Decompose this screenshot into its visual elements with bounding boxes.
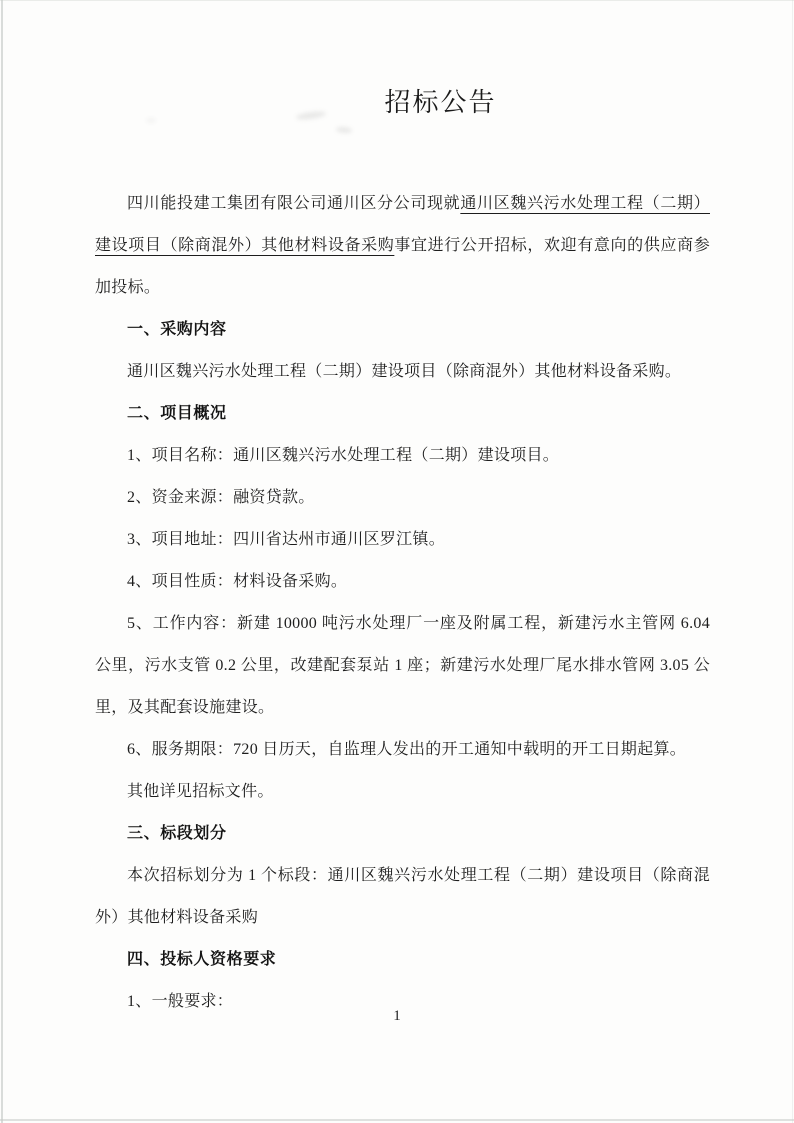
page-title: 招标公告 xyxy=(133,88,748,118)
paragraph: 通川区魏兴污水处理工程（二期）建设项目（除商混外）其他材料设备采购。 xyxy=(95,351,710,393)
document-page: 招标公告 四川能投建工集团有限公司通川区分公司现就通川区魏兴污水处理工程（二期）… xyxy=(0,0,794,1123)
paragraph: 2、资金来源：融资贷款。 xyxy=(95,477,710,519)
paragraph: 5、工作内容：新建 10000 吨污水处理厂一座及附属工程，新建污水主管网 6.… xyxy=(95,603,710,729)
paragraph: 4、项目性质：材料设备采购。 xyxy=(95,561,710,603)
paragraph: 其他详见招标文件。 xyxy=(95,771,710,813)
section-heading-1: 一、采购内容 xyxy=(95,309,710,351)
intro-part1: 四川能投建工集团有限公司通川区分公司现就 xyxy=(127,195,460,212)
section-heading-3: 三、标段划分 xyxy=(95,813,710,855)
page-number: 1 xyxy=(0,1008,794,1025)
paragraph: 6、服务期限：720 日历天，自监理人发出的开工通知中载明的开工日期起算。 xyxy=(95,729,710,771)
scan-edge-left xyxy=(1,0,3,1123)
scan-edge-bottom xyxy=(0,1119,794,1121)
section-heading-2: 二、项目概况 xyxy=(95,393,710,435)
document-body: 四川能投建工集团有限公司通川区分公司现就通川区魏兴污水处理工程（二期）建设项目（… xyxy=(95,183,710,1023)
section-heading-4: 四、投标人资格要求 xyxy=(95,939,710,981)
scan-edge-top xyxy=(0,0,794,1)
scan-smudge xyxy=(336,126,352,133)
scan-smudge xyxy=(146,118,156,123)
paragraph: 本次招标划分为 1 个标段：通川区魏兴污水处理工程（二期）建设项目（除商混外）其… xyxy=(95,855,710,939)
intro-paragraph: 四川能投建工集团有限公司通川区分公司现就通川区魏兴污水处理工程（二期）建设项目（… xyxy=(95,183,710,309)
paragraph: 3、项目地址：四川省达州市通川区罗江镇。 xyxy=(95,519,710,561)
paragraph: 1、项目名称：通川区魏兴污水处理工程（二期）建设项目。 xyxy=(95,435,710,477)
scan-edge-right xyxy=(792,0,793,1123)
